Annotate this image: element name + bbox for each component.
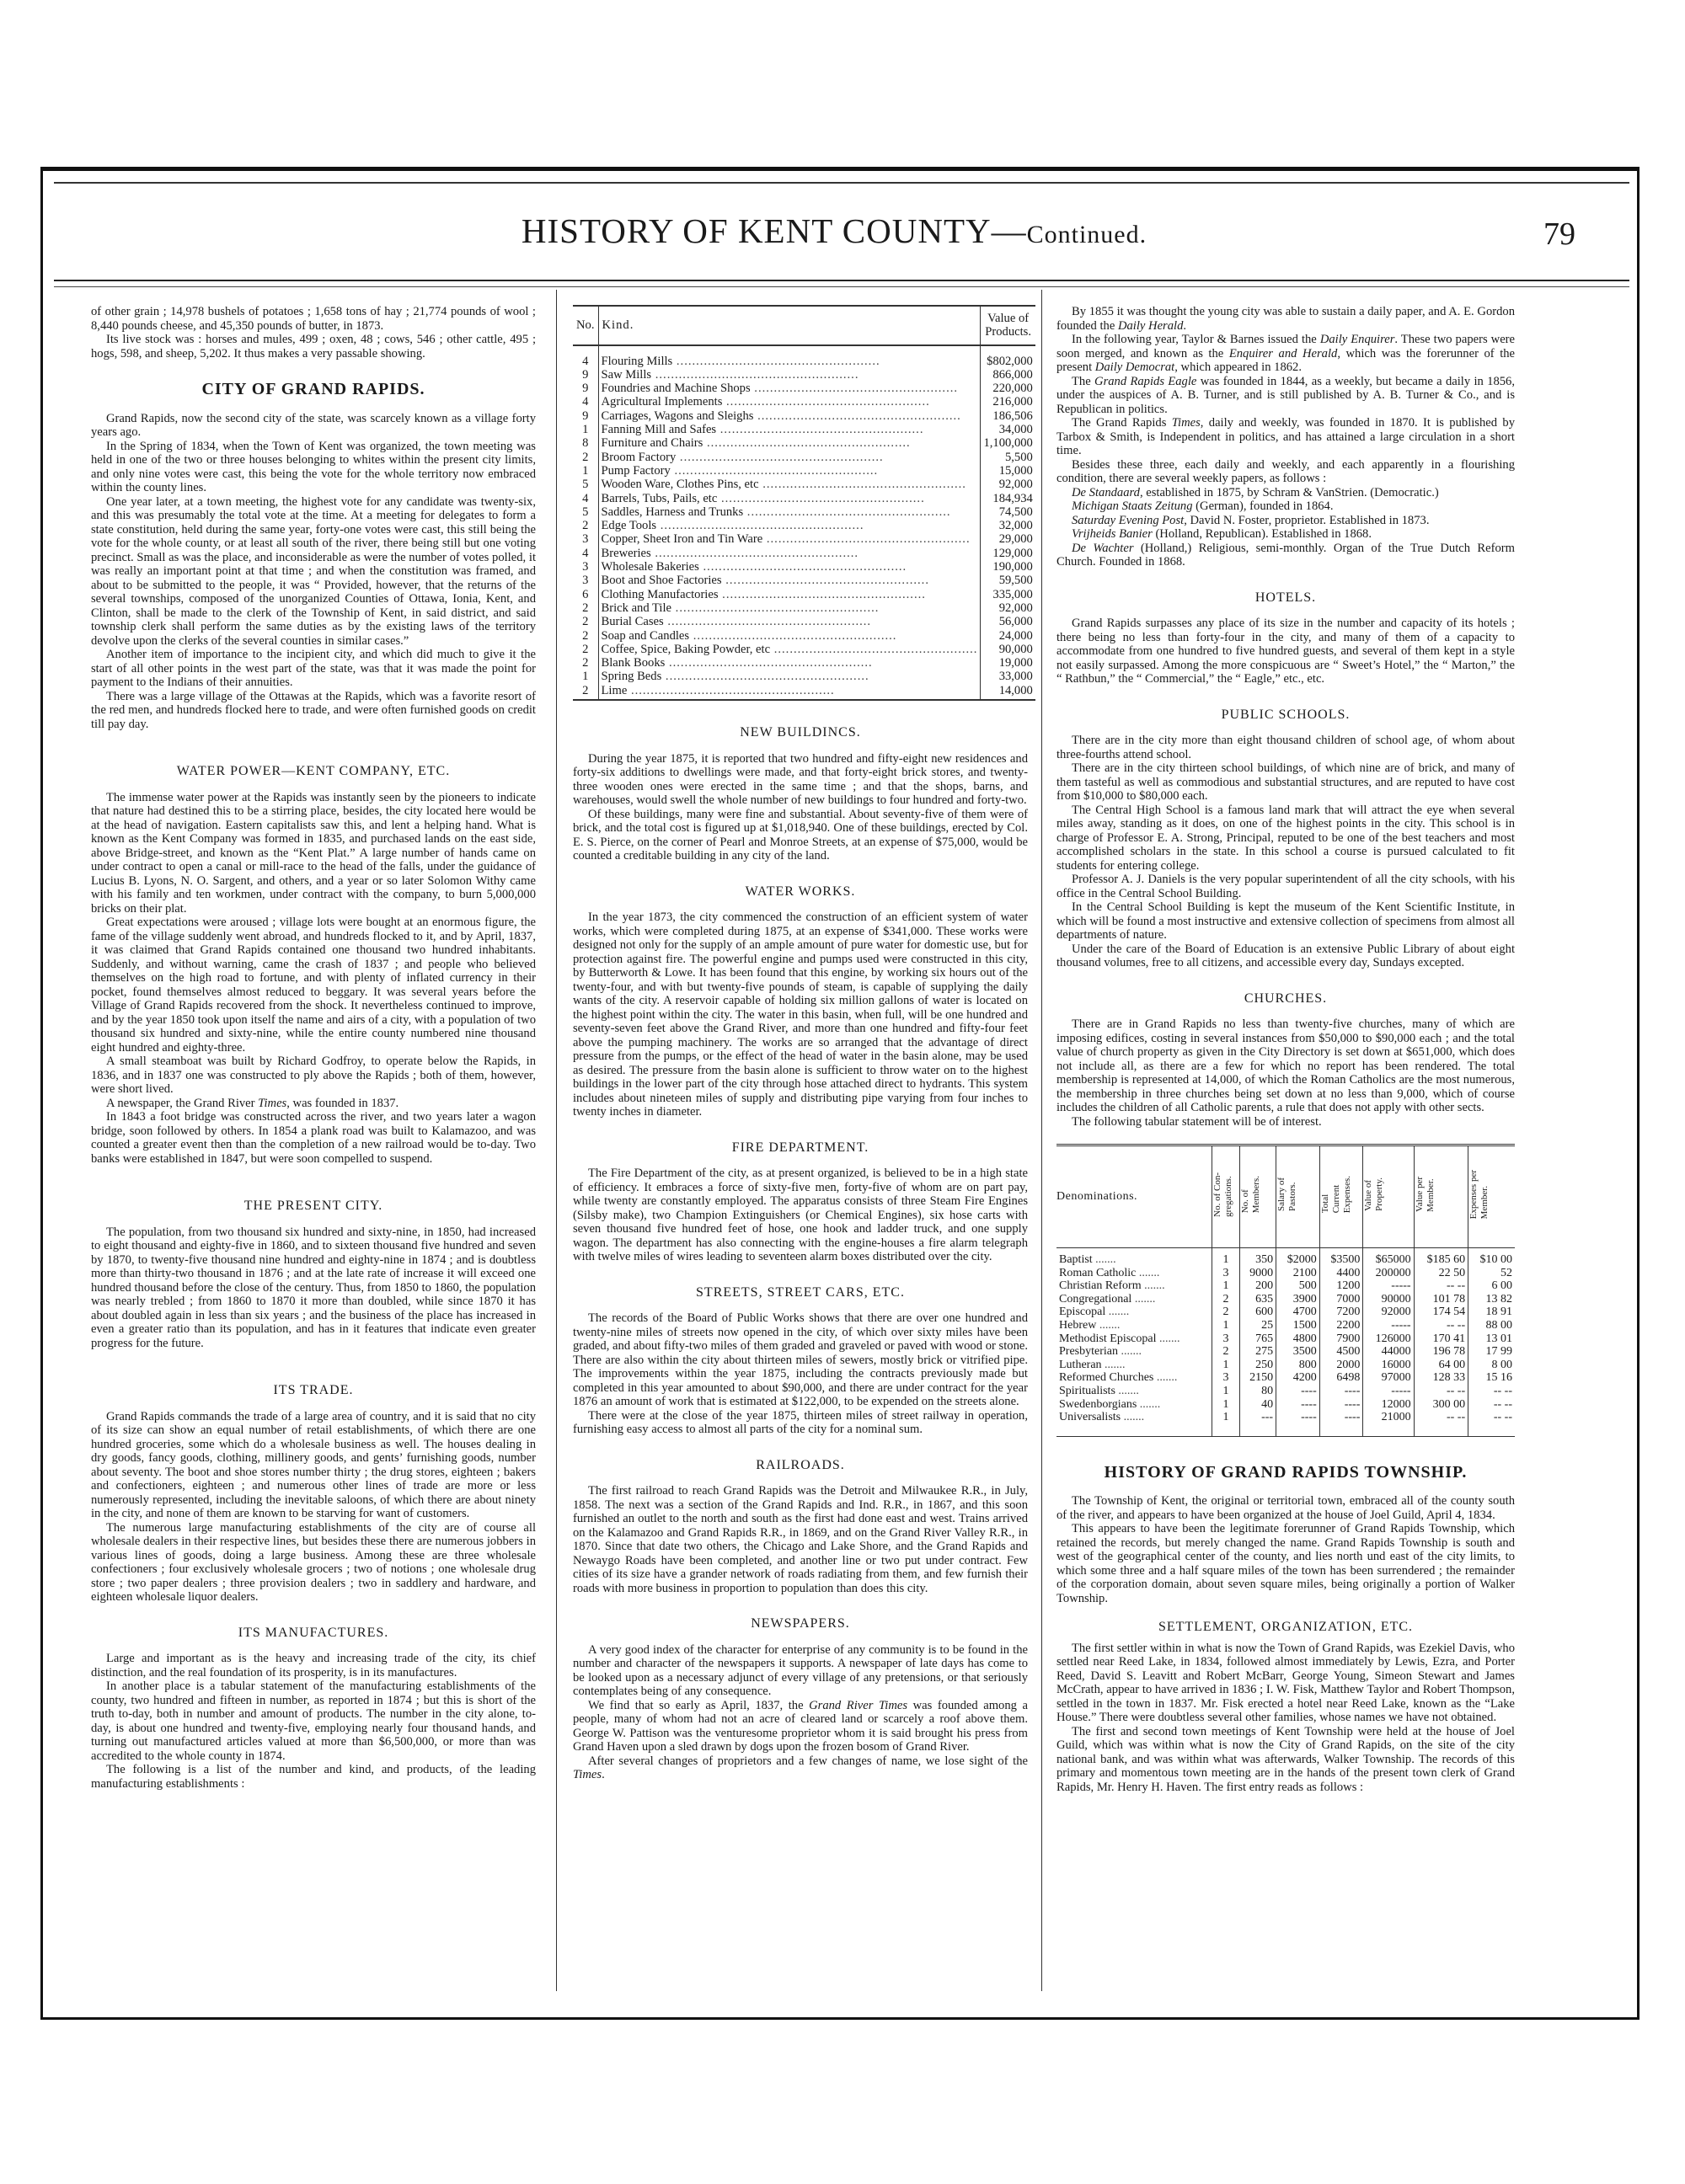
section-heading-streets: STREETS, STREET CARS, ETC. [573,1286,1028,1300]
cell-expenses-per-member: 17 99 [1468,1345,1515,1359]
page-title-continued: Continued. [1027,221,1147,248]
cell-no: 6 [573,588,598,601]
cell-property: 21000 [1363,1411,1414,1436]
cell-denomination: Reformed Churches ....... [1056,1371,1212,1385]
cell-salary: 4800 [1276,1332,1320,1346]
table-row: Episcopal .......26004700720092000174 54… [1056,1306,1515,1319]
cell-congregations: 3 [1212,1332,1239,1346]
leader-dots: ........................................… [656,519,864,532]
cell-value-per-member: $185 60 [1414,1248,1468,1267]
table-row: 2Blank Books ...........................… [573,656,1035,670]
cell-denomination: Christian Reform ....... [1056,1279,1212,1293]
paragraph: In the following year, Taylor & Barnes i… [1056,333,1515,375]
cell-kind: Copper, Sheet Iron and Tin Ware ........… [598,532,981,546]
cell-expenses-per-member: 6 00 [1468,1279,1515,1293]
cell-denomination: Presbyterian ....... [1056,1345,1212,1359]
cell-no: 9 [573,409,598,423]
leader-dots: ........................................… [665,656,872,670]
cell-expenses: ---- [1319,1411,1363,1436]
cell-denomination: Roman Catholic ....... [1056,1267,1212,1280]
cell-value: 186,506 [981,409,1035,423]
leader-dots: ........................................… [759,478,966,491]
cell-property: 92000 [1363,1306,1414,1319]
cell-kind: Brick and Tile .........................… [598,601,981,615]
cell-members: 600 [1240,1306,1276,1319]
section-heading-city: CITY OF GRAND RAPIDS. [91,382,536,397]
cell-value: 59,500 [981,574,1035,587]
paragraph: The population, from two thousand six hu… [91,1225,536,1351]
paragraph: After several changes of proprietors and… [573,1754,1028,1782]
cell-denomination: Lutheran ....... [1056,1359,1212,1372]
cell-expenses-per-member: 13 82 [1468,1293,1515,1306]
cell-no: 3 [573,574,598,587]
cell-kind: Pump Factory ...........................… [598,464,981,478]
weekly-paper-item: Michigan Staats Zeitung (German), founde… [1056,499,1515,514]
cell-value: 190,000 [981,560,1035,574]
paragraph: There was a large village of the Ottawas… [91,690,536,732]
cell-value: 866,000 [981,368,1035,382]
leader-dots: ........................................… [699,560,907,574]
table-row: Spiritualists .......180--------------- … [1056,1385,1515,1398]
cell-members: 2150 [1240,1371,1276,1385]
column-header-property: Value of Property. [1363,1145,1414,1248]
cell-value: 34,000 [981,423,1035,436]
cell-kind: Wooden Ware, Clothes Pins, etc .........… [598,478,981,491]
cell-no: 4 [573,492,598,505]
cell-congregations: 2 [1212,1306,1239,1319]
cell-property: $65000 [1363,1248,1414,1267]
cell-no: 9 [573,382,598,395]
cell-value: 56,000 [981,615,1035,628]
cell-members: 250 [1240,1359,1276,1372]
cell-salary: $2000 [1276,1248,1320,1267]
cell-value: 19,000 [981,656,1035,670]
cell-value: 5,500 [981,451,1035,464]
table-row: 2Brick and Tile ........................… [573,601,1035,615]
cell-value: $802,000 [981,345,1035,368]
cell-congregations: 1 [1212,1319,1239,1332]
section-heading-new-buildings: NEW BUILDINCS. [573,726,1028,740]
paragraph: The first railroad to reach Grand Rapids… [573,1484,1028,1595]
page-header: HISTORY OF KENT COUNTY—Continued. 79 [51,211,1618,278]
column-header-members: No. of Members. [1240,1145,1276,1248]
table-row: 4Agricultural Implements ...............… [573,395,1035,408]
leader-dots: ........................................… [751,382,958,395]
leader-dots: ........................................… [672,355,880,368]
section-heading-fire-department: FIRE DEPARTMENT. [573,1141,1028,1156]
section-heading-manufactures: ITS MANUFACTURES. [91,1626,536,1641]
table-row: Presbyterian .......22753500450044000196… [1056,1345,1515,1359]
cell-salary: 1500 [1276,1319,1320,1332]
cell-salary: 4200 [1276,1371,1320,1385]
cell-value: 220,000 [981,382,1035,395]
cell-expenses-per-member: -- -- [1468,1398,1515,1412]
column-divider-2 [1041,290,1042,1991]
cell-property: 16000 [1363,1359,1414,1372]
cell-kind: Lime ...................................… [598,684,981,700]
cell-denomination: Methodist Episcopal ....... [1056,1332,1212,1346]
paragraph: The Fire Department of the city, as at p… [573,1167,1028,1264]
top-rule [54,182,1629,184]
cell-members: 25 [1240,1319,1276,1332]
cell-kind: Wholesale Bakeries .....................… [598,560,981,574]
cell-expenses-per-member: 88 00 [1468,1319,1515,1332]
paragraph: Another item of importance to the incipi… [91,648,536,690]
cell-salary: 3500 [1276,1345,1320,1359]
paragraph: In 1843 a foot bridge was constructed ac… [91,1110,536,1166]
section-heading-present-city: THE PRESENT CITY. [91,1199,536,1214]
table-row: 1Pump Factory ..........................… [573,464,1035,478]
cell-salary: 4700 [1276,1306,1320,1319]
cell-congregations: 1 [1212,1279,1239,1293]
cell-kind: Breweries ..............................… [598,547,981,560]
cell-value-per-member: 196 78 [1414,1345,1468,1359]
paragraph: The Central High School is a famous land… [1056,804,1515,873]
cell-no: 3 [573,532,598,546]
leader-dots: ........................................… [651,368,859,382]
manufactures-table: No. Kind. Value of Products. 4Flouring M… [573,305,1035,701]
paragraph: Grand Rapids commands the trade of a lar… [91,1410,536,1521]
paragraph: Large and important as is the heavy and … [91,1652,536,1679]
table-row: Reformed Churches .......321504200649897… [1056,1371,1515,1385]
cell-expenses: ---- [1319,1385,1363,1398]
paragraph: A newspaper, the Grand River Times, was … [91,1097,536,1111]
paragraph: The Township of Kent, the original or te… [1056,1494,1515,1522]
column-header-value-per-member: Value per Member. [1414,1145,1468,1248]
cell-expenses: 2000 [1319,1359,1363,1372]
leader-dots: ........................................… [651,547,859,560]
table-row: Universalists .......1-----------21000--… [1056,1411,1515,1436]
table-row: 2Broom Factory .........................… [573,451,1035,464]
cell-kind: Fanning Mill and Safes .................… [598,423,981,436]
cell-members: 80 [1240,1385,1276,1398]
cell-value: 32,000 [981,519,1035,532]
table-row: 2Soap and Candles ......................… [573,629,1035,643]
cell-value: 92,000 [981,601,1035,615]
cell-value: 129,000 [981,547,1035,560]
paragraph: The Grand Rapids Eagle was founded in 18… [1056,375,1515,417]
cell-expenses-per-member: 13 01 [1468,1332,1515,1346]
cell-property: ----- [1363,1385,1414,1398]
leader-dots: ........................................… [664,615,871,628]
header-rule [54,280,1629,287]
paragraph: of other grain ; 14,978 bushels of potat… [91,305,536,333]
cell-kind: Foundries and Machine Shops ............… [598,382,981,395]
cell-members: 765 [1240,1332,1276,1346]
weekly-paper-item: Vrijheids Banier (Holland, Republican). … [1056,527,1515,542]
leader-dots: ........................................… [722,395,929,408]
cell-members: 9000 [1240,1267,1276,1280]
leader-dots: ........................................… [627,684,834,697]
cell-denomination: Swedenborgians ....... [1056,1398,1212,1412]
paragraph: During the year 1875, it is reported tha… [573,752,1028,808]
table-row: 9Foundries and Machine Shops ...........… [573,382,1035,395]
paragraph: A small steamboat was built by Richard G… [91,1055,536,1097]
cell-no: 9 [573,368,598,382]
leader-dots: ........................................… [717,492,924,505]
paragraph: The following is a list of the number an… [91,1763,536,1791]
column-header-salary: Salary of Pastors. [1276,1145,1320,1248]
cell-no: 1 [573,670,598,683]
cell-value: 1,100,000 [981,436,1035,450]
paragraph: We find that so early as April, 1837, th… [573,1699,1028,1754]
leader-dots: ........................................… [661,670,869,683]
table-row: 4Breweries .............................… [573,547,1035,560]
paragraph: In the Central School Building is kept t… [1056,900,1515,942]
page-title: HISTORY OF KENT COUNTY—Continued. [51,211,1618,251]
cell-kind: Furniture and Chairs ...................… [598,436,981,450]
cell-expenses-per-member: -- -- [1468,1385,1515,1398]
cell-members: 275 [1240,1345,1276,1359]
cell-expenses: 1200 [1319,1279,1363,1293]
cell-kind: Coffee, Spice, Baking Powder, etc ......… [598,643,981,656]
cell-kind: Burial Cases ...........................… [598,615,981,628]
cell-kind: Spring Beds ............................… [598,670,981,683]
cell-no: 2 [573,643,598,656]
paragraph: The first and second town meetings of Ke… [1056,1725,1515,1795]
cell-expenses-per-member: $10 00 [1468,1248,1515,1267]
cell-value: 216,000 [981,395,1035,408]
page-number: 79 [1543,216,1575,253]
table-row: 2Coffee, Spice, Baking Powder, etc .....… [573,643,1035,656]
leader-dots: ........................................… [671,464,878,478]
cell-no: 2 [573,629,598,643]
cell-no: 2 [573,519,598,532]
leader-dots: ........................................… [762,532,970,546]
cell-denomination: Universalists ....... [1056,1411,1212,1436]
table-row: 9Carriages, Wagons and Sleighs .........… [573,409,1035,423]
cell-value-per-member: 170 41 [1414,1332,1468,1346]
cell-no: 4 [573,395,598,408]
cell-value: 14,000 [981,684,1035,700]
weekly-papers-list: De Standaard, established in 1875, by Sc… [1056,486,1515,569]
cell-no: 3 [573,560,598,574]
table-row: Baptist .......1350$2000$3500$65000$185 … [1056,1248,1515,1267]
cell-kind: Flouring Mills .........................… [598,345,981,368]
cell-congregations: 1 [1212,1359,1239,1372]
leader-dots: ........................................… [676,451,883,464]
cell-expenses: 2200 [1319,1319,1363,1332]
table-row: 9Saw Mills .............................… [573,368,1035,382]
paragraph: In the year 1873, the city commenced the… [573,910,1028,1119]
cell-value: 29,000 [981,532,1035,546]
paragraph: A very good index of the character for e… [573,1643,1028,1699]
cell-value-per-member: 64 00 [1414,1359,1468,1372]
table-row: Lutheran .......125080020001600064 008 0… [1056,1359,1515,1372]
cell-expenses: 7200 [1319,1306,1363,1319]
leader-dots: ........................................… [719,588,926,601]
cell-kind: Barrels, Tubs, Pails, etc ..............… [598,492,981,505]
column-header-kind: Kind. [598,306,981,345]
paragraph: One year later, at a town meeting, the h… [91,495,536,649]
cell-kind: Carriages, Wagons and Sleighs ..........… [598,409,981,423]
paragraph: By 1855 it was thought the young city wa… [1056,305,1515,333]
cell-congregations: 3 [1212,1267,1239,1280]
paragraph: The following tabular statement will be … [1056,1115,1515,1129]
cell-congregations: 3 [1212,1371,1239,1385]
cell-value: 90,000 [981,643,1035,656]
cell-congregations: 1 [1212,1411,1239,1436]
paragraph: There are in the city thirteen school bu… [1056,761,1515,804]
column-header-value: Value of Products. [981,306,1035,345]
cell-members: 40 [1240,1398,1276,1412]
table-row: 5Saddles, Harness and Trunks ...........… [573,505,1035,519]
cell-value-per-member: 128 33 [1414,1371,1468,1385]
cell-denomination: Episcopal ....... [1056,1306,1212,1319]
table-row: 4Flouring Mills ........................… [573,345,1035,368]
leader-dots: ........................................… [722,574,929,587]
table-row: Swedenborgians .......140--------1200030… [1056,1398,1515,1412]
section-heading-public-schools: PUBLIC SCHOOLS. [1056,708,1515,723]
paragraph: In the Spring of 1834, when the Town of … [91,440,536,495]
table-row: Roman Catholic .......390002100440020000… [1056,1267,1515,1280]
cell-no: 4 [573,547,598,560]
paragraph: There are in the city more than eight th… [1056,734,1515,761]
cell-salary: ---- [1276,1411,1320,1436]
cell-property: 200000 [1363,1267,1414,1280]
cell-kind: Edge Tools .............................… [598,519,981,532]
cell-no: 8 [573,436,598,450]
paragraph: The Grand Rapids Times, daily and weekly… [1056,416,1515,458]
page-title-main: HISTORY OF KENT COUNTY— [522,211,1027,250]
cell-denomination: Hebrew ....... [1056,1319,1212,1332]
section-heading-water-works: WATER WORKS. [573,885,1028,900]
leader-dots: ........................................… [671,601,879,615]
cell-expenses-per-member: 8 00 [1468,1359,1515,1372]
cell-expenses: 7000 [1319,1293,1363,1306]
table-row: 2Edge Tools ............................… [573,519,1035,532]
leader-dots: ........................................… [689,629,896,643]
cell-kind: Saw Mills ..............................… [598,368,981,382]
cell-members: 350 [1240,1248,1276,1267]
table-row: 2Lime ..................................… [573,684,1035,700]
cell-value-per-member: -- -- [1414,1411,1468,1436]
section-heading-railroads: RAILROADS. [573,1459,1028,1473]
cell-salary: ---- [1276,1398,1320,1412]
column-2: No. Kind. Value of Products. 4Flouring M… [573,305,1028,1782]
cell-kind: Saddles, Harness and Trunks ............… [598,505,981,519]
cell-value: 92,000 [981,478,1035,491]
cell-congregations: 2 [1212,1293,1239,1306]
table-row: 1Fanning Mill and Safes ................… [573,423,1035,436]
cell-property: ----- [1363,1319,1414,1332]
paragraph: Grand Rapids surpasses any place of its … [1056,617,1515,686]
cell-members: 635 [1240,1293,1276,1306]
cell-salary: 800 [1276,1359,1320,1372]
cell-no: 2 [573,601,598,615]
cell-no: 5 [573,505,598,519]
cell-no: 2 [573,451,598,464]
paragraph: The records of the Board of Public Works… [573,1311,1028,1409]
table-row: 6Clothing Manufactories ................… [573,588,1035,601]
section-heading-hotels: HOTELS. [1056,591,1515,606]
cell-congregations: 1 [1212,1248,1239,1267]
cell-no: 5 [573,478,598,491]
cell-value-per-member: 101 78 [1414,1293,1468,1306]
cell-salary: 500 [1276,1279,1320,1293]
cell-value: 184,934 [981,492,1035,505]
cell-congregations: 2 [1212,1345,1239,1359]
paragraph: Of these buildings, many were fine and s… [573,808,1028,863]
table-row: 1Spring Beds ...........................… [573,670,1035,683]
column-1: of other grain ; 14,978 bushels of potat… [91,305,536,1791]
paragraph: There are in Grand Rapids no less than t… [1056,1017,1515,1115]
column-header-expenses-per-member: Expenses per Member. [1468,1145,1515,1248]
cell-salary: ---- [1276,1385,1320,1398]
table-row: 3Copper, Sheet Iron and Tin Ware .......… [573,532,1035,546]
paragraph: Great expectations were aroused ; villag… [91,916,536,1055]
cell-property: 12000 [1363,1398,1414,1412]
leader-dots: ........................................… [770,643,977,656]
table-row: 4Barrels, Tubs, Pails, etc .............… [573,492,1035,505]
cell-expenses-per-member: 15 16 [1468,1371,1515,1385]
section-heading-settlement: SETTLEMENT, ORGANIZATION, ETC. [1056,1621,1515,1635]
column-header-denominations: Denominations. [1056,1145,1212,1248]
table-row: Methodist Episcopal .......3765480079001… [1056,1332,1515,1346]
leader-dots: ........................................… [743,505,950,519]
paragraph: Under the care of the Board of Education… [1056,942,1515,970]
section-heading-water-power: WATER POWER—KENT COMPANY, ETC. [91,765,536,779]
section-heading-township: HISTORY OF GRAND RAPIDS TOWNSHIP. [1056,1466,1515,1480]
cell-expenses-per-member: 52 [1468,1267,1515,1280]
churches-table: Denominations. No. of Con- gregations. N… [1056,1144,1515,1437]
cell-denomination: Spiritualists ....... [1056,1385,1212,1398]
column-header-no: No. [573,306,598,345]
cell-value-per-member: 22 50 [1414,1267,1468,1280]
cell-kind: Broom Factory ..........................… [598,451,981,464]
cell-expenses: 6498 [1319,1371,1363,1385]
paragraph: In another place is a tabular statement … [91,1679,536,1763]
table-row: Hebrew .......12515002200------- --88 00 [1056,1319,1515,1332]
cell-value-per-member: -- -- [1414,1319,1468,1332]
cell-expenses: $3500 [1319,1248,1363,1267]
paragraph: The first settler within in what is now … [1056,1642,1515,1725]
paragraph: There were at the close of the year 1875… [573,1409,1028,1437]
paragraph: Professor A. J. Daniels is the very popu… [1056,873,1515,900]
cell-no: 4 [573,345,598,368]
cell-value: 335,000 [981,588,1035,601]
cell-no: 1 [573,423,598,436]
cell-denomination: Congregational ....... [1056,1293,1212,1306]
table-row: 8Furniture and Chairs ..................… [573,436,1035,450]
column-divider-1 [556,290,557,1991]
leader-dots: ........................................… [716,423,923,436]
table-row: Christian Reform .......12005001200-----… [1056,1279,1515,1293]
paragraph: The numerous large manufacturing establi… [91,1521,536,1605]
cell-property: ----- [1363,1279,1414,1293]
cell-value-per-member: 174 54 [1414,1306,1468,1319]
table-row: 5Wooden Ware, Clothes Pins, etc ........… [573,478,1035,491]
cell-kind: Blank Books ............................… [598,656,981,670]
cell-property: 44000 [1363,1345,1414,1359]
table-row: 3Boot and Shoe Factories ...............… [573,574,1035,587]
paragraph: Grand Rapids, now the second city of the… [91,412,536,440]
cell-salary: 3900 [1276,1293,1320,1306]
cell-members: --- [1240,1411,1276,1436]
section-heading-trade: ITS TRADE. [91,1384,536,1398]
cell-value-per-member: 300 00 [1414,1398,1468,1412]
paragraph: Besides these three, each daily and week… [1056,458,1515,486]
cell-expenses: ---- [1319,1398,1363,1412]
table-row: 3Wholesale Bakeries ....................… [573,560,1035,574]
cell-expenses-per-member: 18 91 [1468,1306,1515,1319]
cell-value: 33,000 [981,670,1035,683]
cell-denomination: Baptist ....... [1056,1248,1212,1267]
weekly-paper-item: De Standaard, established in 1875, by Sc… [1056,486,1515,500]
weekly-paper-item: Saturday Evening Post, David N. Foster, … [1056,514,1515,528]
table-row: Congregational .......263539007000900001… [1056,1293,1515,1306]
section-heading-newspapers: NEWSPAPERS. [573,1617,1028,1631]
